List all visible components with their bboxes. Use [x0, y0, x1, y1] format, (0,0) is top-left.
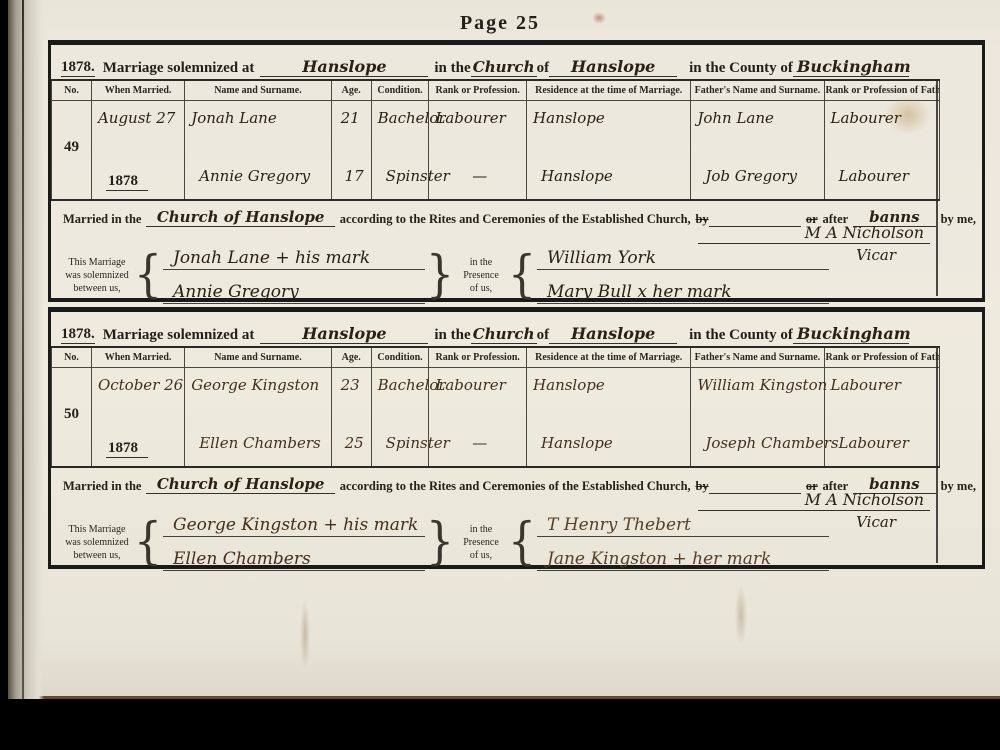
bride-name: Ellen Chambers — [191, 434, 329, 452]
groom-age: 23 — [332, 376, 369, 394]
by-me-label: by me, — [941, 212, 976, 227]
caption-building-handwritten: Church — [471, 325, 537, 344]
groom-residence: Hanslope — [533, 109, 688, 127]
bride-name: Annie Gregory — [191, 167, 329, 185]
caption-county-label: in the County of — [689, 327, 793, 344]
bride-father: Joseph Chambers — [697, 434, 821, 452]
col-father-rank: Rank or Profession of Father. — [824, 347, 940, 367]
married-in-church-handwritten: Church of Hanslope — [146, 475, 335, 494]
book-binding-edge — [8, 0, 44, 699]
bride-father-rank: Labourer — [831, 167, 938, 185]
close-brace: } — [425, 519, 455, 565]
groom-age: 21 — [332, 109, 369, 127]
groom-name: Jonah Lane — [191, 109, 329, 127]
caption-of-label: of — [537, 327, 550, 344]
caption-in-the-label: in the — [434, 60, 470, 77]
margin-rule — [936, 346, 938, 563]
margin-rule — [936, 79, 938, 296]
caption-year: 1878. — [61, 59, 95, 77]
table-header-row: No. When Married. Name and Surname. Age.… — [52, 347, 940, 367]
officiant-signature: M A Nicholson — [698, 223, 930, 244]
groom-signature: George Kingston + his mark — [163, 515, 425, 537]
officiant-signature-block: M A Nicholson Vicar — [698, 223, 930, 264]
page-number: Page 25 — [0, 12, 1000, 35]
groom-condition: Bachelor — [378, 376, 427, 394]
open-brace: { — [133, 519, 163, 565]
marriage-record-49: 1878. Marriage solemnized at Hanslope in… — [48, 40, 985, 302]
col-age: Age. — [331, 347, 371, 367]
open-brace: { — [133, 252, 163, 298]
bride-signature: Ellen Chambers — [163, 549, 425, 571]
marriage-table: No. When Married. Name and Surname. Age.… — [51, 346, 940, 468]
bride-age: 25 — [332, 434, 369, 452]
caption-place-handwritten: Hanslope — [260, 324, 428, 344]
col-no: No. — [52, 347, 92, 367]
officiant-title: Vicar — [698, 513, 930, 531]
close-brace: } — [425, 252, 455, 298]
groom-condition: Bachelor — [378, 109, 427, 127]
col-father-rank: Rank or Profession of Father. — [824, 80, 940, 100]
caption-year: 1878. — [61, 326, 95, 344]
col-residence: Residence at the time of Marriage. — [527, 80, 691, 100]
caption-in-the-label: in the — [434, 327, 470, 344]
witness2-signature: Jane Kingston + her mark — [537, 549, 829, 571]
bride-signature: Annie Gregory — [163, 282, 425, 304]
caption-church-handwritten: Hanslope — [549, 324, 677, 344]
groom-father-rank: Labourer — [831, 376, 938, 394]
col-when-married: When Married. — [91, 80, 184, 100]
bride-residence: Hanslope — [533, 434, 688, 452]
groom-name: George Kingston — [191, 376, 329, 394]
caption-county-handwritten: Buckingham — [793, 57, 909, 77]
caption-county-label: in the County of — [689, 60, 793, 77]
col-age: Age. — [331, 80, 371, 100]
record-caption: 1878. Marriage solemnized at Hanslope in… — [51, 45, 982, 79]
caption-solemnized-label: Marriage solemnized at — [103, 327, 255, 344]
entry-number: 50 — [52, 368, 91, 423]
according-label: according to the Rites and Ceremonies of… — [340, 212, 691, 227]
marriage-record-50: 1878. Marriage solemnized at Hanslope in… — [48, 307, 985, 569]
married-in-label: Married in the — [63, 479, 141, 494]
bride-residence: Hanslope — [533, 167, 688, 185]
col-father: Father's Name and Surname. — [691, 80, 824, 100]
col-no: No. — [52, 80, 92, 100]
presence-label: in the Presence of us, — [455, 256, 507, 295]
by-me-label: by me, — [941, 479, 976, 494]
col-condition: Condition. — [371, 347, 429, 367]
married-in-church-handwritten: Church of Hanslope — [146, 208, 335, 227]
groom-residence: Hanslope — [533, 376, 688, 394]
bride-father-rank: Labourer — [831, 434, 938, 452]
col-name: Name and Surname. — [185, 80, 332, 100]
entry-number: 49 — [52, 101, 91, 156]
this-marriage-label: This Marriage was solemnized between us, — [61, 256, 133, 295]
caption-place-handwritten: Hanslope — [260, 57, 428, 77]
bride-profession: — — [435, 434, 524, 452]
officiant-signature: M A Nicholson — [698, 490, 930, 511]
record-caption: 1878. Marriage solemnized at Hanslope in… — [51, 312, 982, 346]
bride-condition: Spinster — [378, 434, 427, 452]
groom-father: John Lane — [697, 109, 821, 127]
officiant-signature-block: M A Nicholson Vicar — [698, 490, 930, 531]
marriage-year: 1878 — [106, 440, 148, 458]
col-father: Father's Name and Surname. — [691, 347, 824, 367]
col-rank: Rank or Profession. — [429, 80, 527, 100]
this-marriage-label: This Marriage was solemnized between us, — [61, 523, 133, 562]
open-brace: { — [507, 252, 537, 298]
caption-solemnized-label: Marriage solemnized at — [103, 60, 255, 77]
officiant-title: Vicar — [698, 246, 930, 264]
bride-father: Job Gregory — [697, 167, 821, 185]
marriage-date: October 26 — [98, 376, 183, 394]
open-brace: { — [507, 519, 537, 565]
caption-county-handwritten: Buckingham — [793, 324, 909, 344]
col-when-married: When Married. — [91, 347, 184, 367]
presence-label: in the Presence of us, — [455, 523, 507, 562]
bride-age: 17 — [332, 167, 369, 185]
page-crease — [22, 0, 24, 699]
col-condition: Condition. — [371, 80, 429, 100]
col-name: Name and Surname. — [185, 347, 332, 367]
col-rank: Rank or Profession. — [429, 347, 527, 367]
bride-profession: — — [435, 167, 524, 185]
caption-of-label: of — [537, 60, 550, 77]
record-row: 49 August 27 1878 Jonah Lane Annie Grego… — [52, 100, 940, 200]
caption-church-handwritten: Hanslope — [549, 57, 677, 77]
groom-signature: Jonah Lane + his mark — [163, 248, 425, 270]
col-residence: Residence at the time of Marriage. — [527, 347, 691, 367]
marriage-table: No. When Married. Name and Surname. Age.… — [51, 79, 940, 201]
according-label: according to the Rites and Ceremonies of… — [340, 479, 691, 494]
groom-father: William Kingston — [697, 376, 821, 394]
record-row: 50 October 26 1878 George Kingston Ellen… — [52, 367, 940, 467]
witness2-signature: Mary Bull x her mark — [537, 282, 829, 304]
groom-profession: Labourer — [435, 109, 524, 127]
marriage-year: 1878 — [106, 173, 148, 191]
married-in-label: Married in the — [63, 212, 141, 227]
groom-profession: Labourer — [435, 376, 524, 394]
bride-condition: Spinster — [378, 167, 427, 185]
table-header-row: No. When Married. Name and Surname. Age.… — [52, 80, 940, 100]
groom-father-rank: Labourer — [831, 109, 938, 127]
marriage-date: August 27 — [98, 109, 175, 127]
caption-building-handwritten: Church — [471, 58, 537, 77]
